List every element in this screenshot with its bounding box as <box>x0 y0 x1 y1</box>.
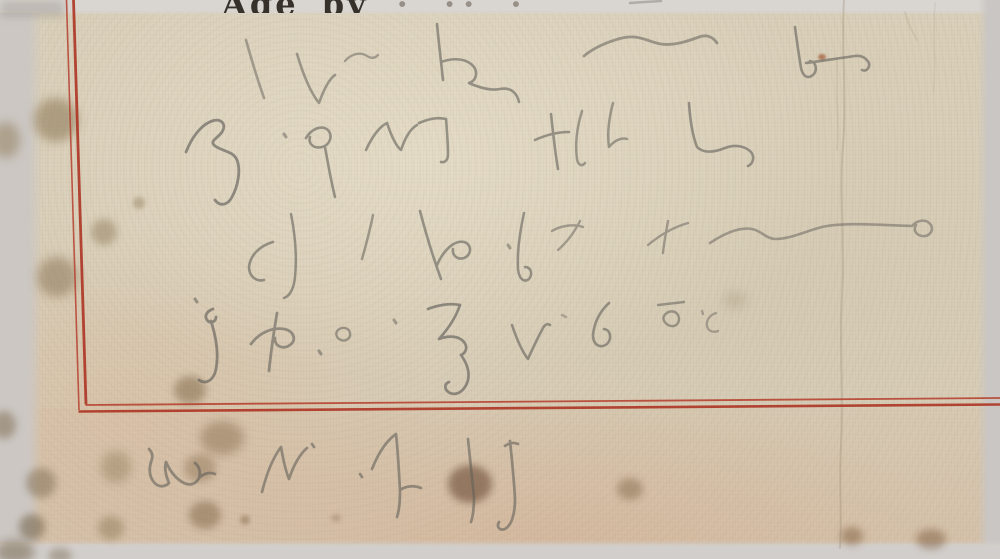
photo-of-shorthand-page: Age by· ·· · <box>0 0 1000 559</box>
shorthand-stroke <box>508 245 510 248</box>
shorthand-stroke <box>284 134 286 137</box>
shorthand-stroke <box>249 242 273 280</box>
shorthand-stroke <box>593 303 610 346</box>
shorthand-stroke <box>658 302 684 326</box>
shorthand-stroke <box>306 128 335 197</box>
crease-line <box>840 0 844 548</box>
red-rule <box>74 0 87 405</box>
shorthand-stroke <box>199 309 217 382</box>
shorthand-stroke <box>710 221 932 243</box>
shorthand-stroke <box>149 449 215 486</box>
shorthand-stroke <box>345 54 378 61</box>
shorthand-stroke <box>584 36 717 56</box>
shorthand-stroke <box>437 24 519 102</box>
shorthand-stroke <box>512 324 550 359</box>
shorthand-stroke <box>195 299 197 302</box>
crease-line <box>837 60 838 150</box>
crease-line <box>934 3 935 92</box>
shorthand-stroke <box>360 434 421 517</box>
shorthand-stroke <box>648 221 688 253</box>
crease-line <box>905 12 917 40</box>
shorthand-stroke <box>630 1 661 3</box>
shorthand-stroke <box>689 103 753 166</box>
shorthand-stroke <box>795 27 869 77</box>
shorthand-stroke <box>262 444 314 492</box>
shorthand-stroke <box>420 211 470 279</box>
shorthand-stroke <box>702 311 718 332</box>
red-rule <box>79 405 1000 412</box>
shorthand-stroke <box>428 304 469 394</box>
shorthand-stroke <box>535 114 569 169</box>
shorthand-stroke <box>562 315 566 317</box>
shorthand-stroke <box>246 40 264 98</box>
shorthand-stroke <box>394 320 396 323</box>
shorthand-stroke <box>608 103 627 147</box>
shorthand-stroke <box>468 439 518 530</box>
shorthand-stroke <box>336 328 350 341</box>
shorthand-stroke <box>319 351 321 354</box>
red-rule <box>67 0 80 410</box>
red-rule <box>86 398 1000 405</box>
shorthand-stroke <box>518 213 531 281</box>
crease-lines <box>837 0 935 548</box>
shorthand-stroke <box>186 120 239 204</box>
shorthand-stroke <box>366 118 448 162</box>
shorthand-stroke <box>284 214 296 298</box>
ink-overlay <box>0 0 1000 559</box>
shorthand-stroke <box>552 221 583 250</box>
shorthand-stroke <box>576 111 585 165</box>
shorthand-stroke <box>251 313 294 371</box>
shorthand-stroke <box>297 54 335 103</box>
shorthand-stroke <box>362 215 373 259</box>
shorthand-strokes <box>149 1 932 530</box>
